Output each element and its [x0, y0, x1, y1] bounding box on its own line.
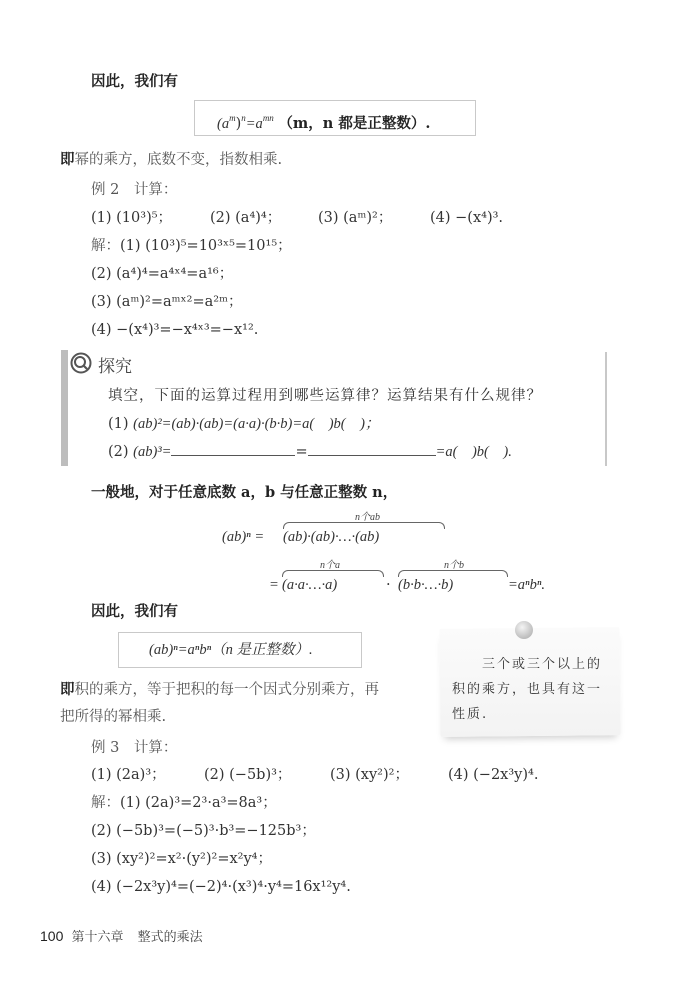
example3-title: 例 3 计算：	[91, 738, 177, 758]
brace-label-n-b: n个b	[444, 556, 464, 571]
explore-item-2: (2) (ab)³===a( )b( ).	[108, 442, 512, 462]
item-rhs: =a( )b( ).	[436, 444, 512, 460]
derivation-line2-eq: =	[269, 575, 279, 595]
example2-problem-1: (1) (10³)⁵；	[91, 208, 172, 228]
formula-condition: （m，n 都是正整数）.	[278, 115, 430, 132]
pin-icon	[515, 621, 533, 639]
example3-solution-1: 解：(1) (2a)³=2³·a³=8a³；	[91, 793, 277, 813]
example3-problem-4: (4) (−2x³y)⁴.	[448, 765, 538, 785]
rule-text: 积的乘方，等于把积的每一个因式分别乘方，再	[75, 682, 380, 698]
solution-text: (1) (2a)³=2³·a³=8a³；	[120, 795, 277, 811]
explore-left-bar	[61, 350, 68, 466]
side-note-line-3: 性质.	[452, 702, 488, 727]
formula-lhs: (a	[217, 116, 229, 132]
derivation-line1-lhs: (ab)ⁿ =	[222, 527, 264, 547]
fill-blank-2[interactable]	[308, 455, 436, 456]
page-number: 100	[40, 928, 63, 944]
fill-blank-1[interactable]	[171, 455, 295, 456]
derivation-line2-result: =aⁿbⁿ.	[508, 575, 545, 595]
item-label: (2)	[108, 444, 129, 460]
item-mid: =	[295, 444, 307, 460]
chapter-label: 第十六章	[72, 930, 124, 945]
example2-title: 例 2 计算：	[91, 180, 177, 200]
rule-power-of-product-line1: 即积的乘方，等于把积的每一个因式分别乘方，再	[60, 680, 379, 700]
formula-power-of-power: (am)n=amn （m，n 都是正整数）.	[217, 108, 430, 134]
item-label: (1)	[108, 416, 129, 432]
rule-lead: 即	[60, 681, 75, 698]
sup-mn: mn	[263, 113, 274, 123]
derivation-line2-part-a: (a·a·…·a)	[282, 575, 337, 595]
example3-problem-3: (3) (xy²)²；	[330, 765, 409, 785]
section-label: 整式的乘法	[138, 930, 203, 945]
example3-problem-2: (2) (−5b)³；	[204, 765, 291, 785]
explore-prompt: 填空，下面的运算过程用到哪些运算律？运算结果有什么规律？	[108, 386, 542, 406]
example2-problem-3: (3) (aᵐ)²；	[318, 208, 392, 228]
example2-solution-2: (2) (a⁴)⁴=a⁴ˣ⁴=a¹⁶；	[91, 264, 233, 284]
formula-box-power-of-power: (am)n=amn （m，n 都是正整数）.	[194, 100, 476, 136]
solution-prefix: 解：	[91, 795, 120, 811]
explore-item-1: (1) (ab)²=(ab)·(ab)=(a·a)·(b·b)=a( )b( )…	[108, 414, 379, 434]
rule-power-of-power: 即幂的乘方，底数不变，指数相乘.	[60, 150, 282, 170]
example3-solution-2: (2) (−5b)³=(−5)³·b³=−125b³；	[91, 821, 316, 841]
item-text: (ab)²=(ab)·(ab)=(a·a)·(b·b)=a( )b( )；	[133, 416, 379, 432]
item-lhs: (ab)³=	[133, 444, 171, 460]
derivation-line2-part-b: (b·b·…·b)	[398, 575, 453, 595]
example3-problem-1: (1) (2a)³；	[91, 765, 166, 785]
side-note-line-1: 三个或三个以上的	[482, 652, 602, 677]
intro-text-1: 因此，我们有	[91, 72, 178, 92]
brace-label-n-ab: n个ab	[355, 508, 380, 523]
example2-problem-4: (4) −(x⁴)³.	[430, 208, 503, 228]
brace-label-n-a: n个a	[320, 556, 340, 571]
example2-problem-2: (2) (a⁴)⁴；	[210, 208, 281, 228]
example2-solution-3: (3) (aᵐ)²=aᵐˣ²=a²ᵐ；	[91, 292, 242, 312]
rule-lead: 即	[60, 151, 75, 168]
page-footer: 100 第十六章 整式的乘法	[40, 926, 203, 945]
formula-power-of-product: (ab)ⁿ=aⁿbⁿ（n 是正整数）.	[149, 640, 313, 660]
magnifier-icon	[70, 352, 92, 374]
example2-solution-4: (4) −(x⁴)³=−x⁴ˣ³=−x¹².	[91, 320, 258, 340]
example3-solution-3: (3) (xy²)²=x²·(y²)²=x²y⁴；	[91, 849, 272, 869]
formula-box-power-of-product: (ab)ⁿ=aⁿbⁿ（n 是正整数）.	[118, 632, 362, 668]
formula-eq: =a	[246, 116, 263, 132]
rule-power-of-product-line2: 把所得的幂相乘.	[60, 707, 166, 727]
solution-prefix: 解：	[91, 238, 120, 254]
derivation-line1-rhs: (ab)·(ab)·…·(ab)	[283, 527, 379, 547]
example3-solution-4: (4) (−2x³y)⁴=(−2)⁴·(x³)⁴·y⁴=16x¹²y⁴.	[91, 877, 351, 897]
side-note-line-2: 积的乘方，也具有这一	[452, 677, 602, 702]
derivation-line2-dot: ·	[386, 575, 391, 595]
explore-title: 探究	[98, 352, 132, 377]
derivation-intro: 一般地，对于任意底数 a，b 与任意正整数 n，	[91, 483, 397, 503]
intro-text-2: 因此，我们有	[91, 602, 178, 622]
explore-right-bar	[605, 352, 607, 466]
example2-solution-1: 解：(1) (10³)⁵=10³ˣ⁵=10¹⁵；	[91, 236, 292, 256]
rule-text: 幂的乘方，底数不变，指数相乘.	[75, 152, 283, 168]
solution-text: (1) (10³)⁵=10³ˣ⁵=10¹⁵；	[120, 238, 292, 254]
